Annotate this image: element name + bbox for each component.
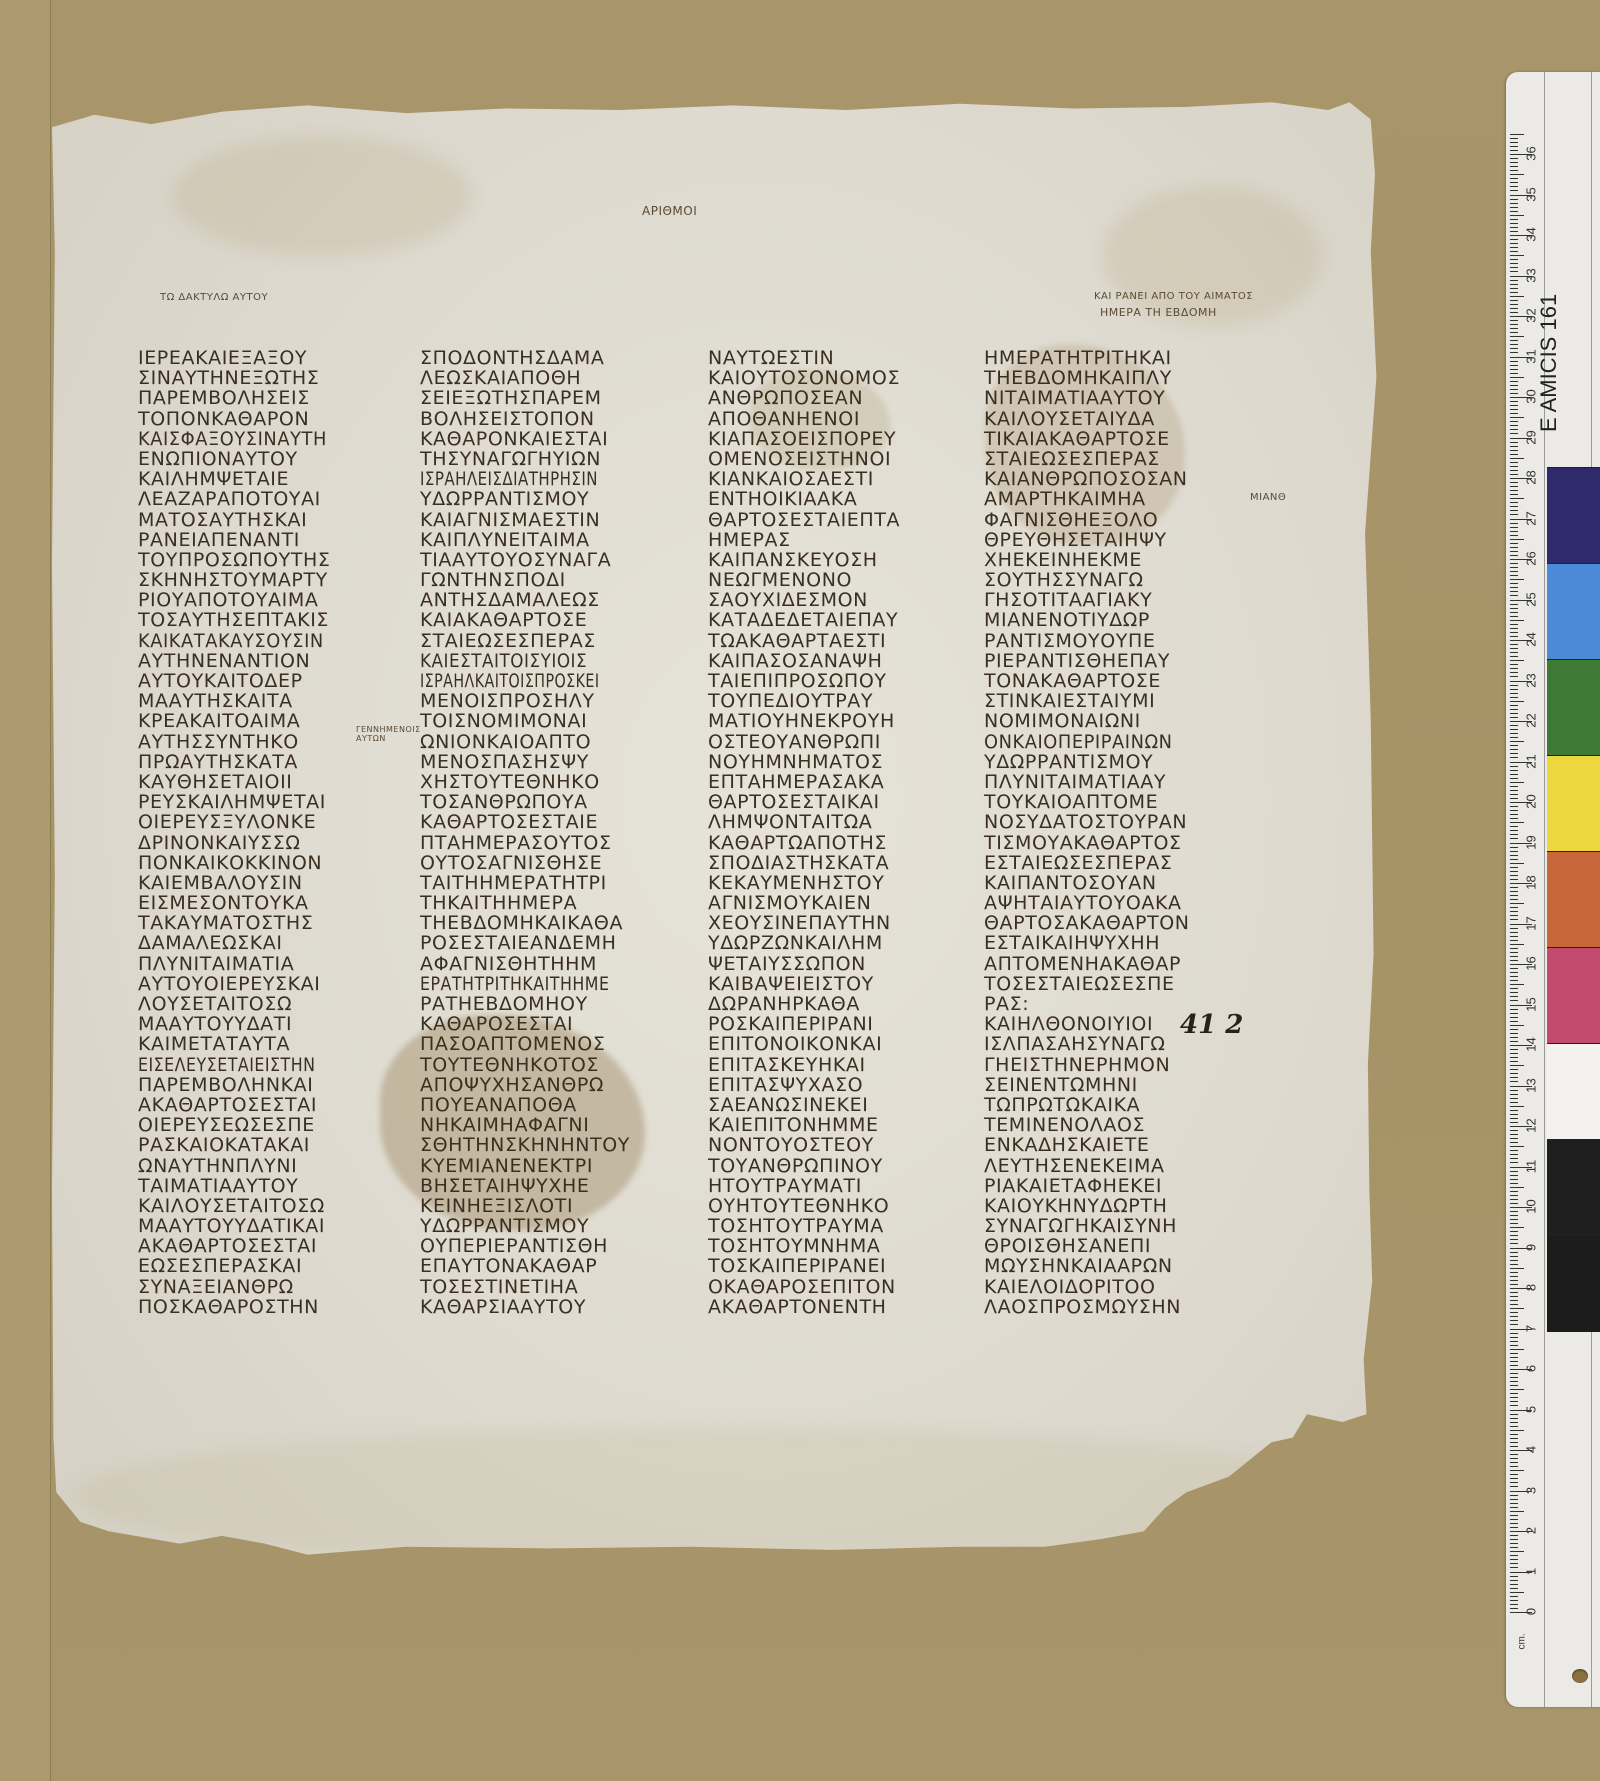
manuscript-line: ΘΡΕΥΘΗΣΕΤΑΙΗΨΥ — [984, 530, 1234, 550]
manuscript-line: ΕΠΙΤΟΝΟΙΚΟΝΚΑΙ — [708, 1034, 958, 1054]
ruler-tick — [1510, 899, 1518, 900]
manuscript-line: ΟΚΑΘΑΡΟΣΕΠΙΤΟΝ — [708, 1277, 958, 1297]
ruler-tick — [1510, 429, 1518, 430]
ruler-tick — [1510, 146, 1518, 147]
ruler-tick — [1510, 547, 1518, 548]
manuscript-line: ΧΗΕΚΕΙΝΗΕΚΜΕ — [984, 550, 1234, 570]
ruler-tick — [1510, 413, 1518, 414]
color-swatch-yellow — [1547, 755, 1600, 852]
ruler-tick — [1510, 855, 1518, 856]
ruler-tick — [1510, 1227, 1524, 1228]
manuscript-line: ΛΕΩΣΚΑΙΑΠΟΘΗ — [420, 368, 670, 388]
manuscript-line: ΒΟΛΗΣΕΙΣΤΟΠΟΝ — [420, 409, 670, 429]
ruler-tick — [1510, 992, 1518, 993]
manuscript-line: ΠΑΣΟΑΠΤΟΜΕΝΟΣ — [420, 1034, 670, 1054]
manuscript-line: ΚΑΙΠΛΥΝΕΙΤΑΙΜΑ — [420, 530, 670, 550]
ruler-tick — [1510, 1462, 1518, 1463]
manuscript-line: ΤΗΚΑΙΤΗΗΜΕΡΑ — [420, 893, 670, 913]
ruler-tick — [1510, 1418, 1518, 1419]
manuscript-line: ΚΕΙΝΗΕΞΙΣΛΟΤΙ — [420, 1196, 670, 1216]
ruler-tick — [1510, 1547, 1518, 1548]
manuscript-line: ΚΑΙΟΥΚΗΝΥΔΩΡΤΗ — [984, 1196, 1234, 1216]
manuscript-line: ΛΑΟΣΠΡΟΣΜΩΥΣΗΝ — [984, 1297, 1234, 1317]
ruler-tick — [1510, 1175, 1518, 1176]
ruler-tick — [1510, 1272, 1518, 1273]
ruler-tick — [1510, 142, 1518, 143]
ruler-tick — [1510, 470, 1518, 471]
ruler-tick — [1510, 1397, 1518, 1398]
ruler-tick — [1510, 417, 1524, 418]
manuscript-line: ΘΡΟΙΣΘΗΣΑΝΕΠΙ — [984, 1236, 1234, 1256]
ruler-tick — [1510, 988, 1518, 989]
ruler-tick — [1510, 527, 1518, 528]
ruler-tick — [1510, 1353, 1518, 1354]
ruler-cm-number: 2 — [1524, 1521, 1539, 1541]
ruler-cm-number: 13 — [1524, 1075, 1539, 1095]
manuscript-line: ΤΟΣΗΤΟΥΜΝΗΜΑ — [708, 1236, 958, 1256]
ruler-cm-number: 6 — [1524, 1359, 1539, 1379]
ruler-tick — [1510, 830, 1518, 831]
manuscript-line: ΤΙΣΜΟΥΑΚΑΘΑΡΤΟΣ — [984, 833, 1234, 853]
manuscript-line: ΚΕΚΑΥΜΕΝΗΣΤΟΥ — [708, 873, 958, 893]
manuscript-line: ΑΝΤΗΣΔΑΜΑΛΕΩΣ — [420, 590, 670, 610]
ruler-tick — [1510, 1470, 1524, 1471]
ruler-tick — [1510, 219, 1518, 220]
ruler-tick — [1510, 826, 1518, 827]
manuscript-line: ΚΑΙΜΕΤΑΤΑΥΤΑ — [138, 1034, 388, 1054]
manuscript-line: ΗΤΟΥΤΡΑΥΜΑΤΙ — [708, 1176, 958, 1196]
ruler-cm-number: 18 — [1524, 873, 1539, 893]
ruler-tick — [1510, 393, 1518, 394]
ruler-tick — [1510, 656, 1518, 657]
ruler-tick — [1510, 636, 1518, 637]
ruler-tick — [1510, 1426, 1518, 1427]
ruler-tick — [1510, 757, 1518, 758]
ruler-tick — [1510, 340, 1518, 341]
ruler-cm-number: 29 — [1524, 427, 1539, 447]
ruler-tick — [1510, 1013, 1518, 1014]
ruler-tick — [1510, 555, 1518, 556]
ruler-tick — [1510, 668, 1518, 669]
manuscript-line: ΚΑΙΑΓΝΙΣΜΑΕΣΤΙΝ — [420, 510, 670, 530]
ruler-tick — [1510, 741, 1524, 742]
ruler-tick — [1510, 1511, 1524, 1512]
ruler-tick — [1510, 190, 1518, 191]
ruler-tick — [1510, 1041, 1518, 1042]
ruler-tick — [1510, 182, 1518, 183]
ruler-tick — [1510, 1017, 1518, 1018]
ruler-tick — [1510, 259, 1518, 260]
ruler-tick — [1510, 806, 1518, 807]
ruler-tick — [1510, 1110, 1518, 1111]
ruler-tick — [1510, 1596, 1518, 1597]
ruler-tick — [1510, 1138, 1518, 1139]
ruler-tick — [1510, 300, 1518, 301]
ruler-tick — [1510, 713, 1518, 714]
ruler-tick — [1510, 454, 1518, 455]
ruler-tick — [1510, 895, 1518, 896]
manuscript-line: ΚΑΙΠΑΣΟΣΑΝΑΨΗ — [708, 651, 958, 671]
ruler-tick — [1510, 859, 1518, 860]
ruler-tick — [1510, 1300, 1518, 1301]
ruler-tick — [1510, 571, 1518, 572]
ruler-tick — [1510, 369, 1518, 370]
ruler-tick — [1510, 1503, 1518, 1504]
ruler-tick — [1510, 158, 1518, 159]
ruler-tick — [1510, 150, 1518, 151]
ruler-tick — [1510, 798, 1518, 799]
ruler-tick — [1510, 818, 1518, 819]
manuscript-line: ΚΑΙΟΥΤΟΣΟΝΟΜΟΣ — [708, 368, 958, 388]
ruler-tick — [1510, 1061, 1518, 1062]
manuscript-line: ΑΥΤΟΥΟΙΕΡΕΥΣΚΑΙ — [138, 974, 388, 994]
ruler-tick — [1510, 664, 1518, 665]
ruler-tick — [1510, 1316, 1518, 1317]
ruler-tick — [1510, 871, 1518, 872]
manuscript-line: ΣΑΕΑΝΩΣΙΝΕΚΕΙ — [708, 1095, 958, 1115]
ruler-tick — [1510, 267, 1518, 268]
ruler-tick — [1510, 1551, 1524, 1552]
manuscript-line: ΜΑΤΟΣΑΥΤΗΣΚΑΙ — [138, 510, 388, 530]
manuscript-line: ΑΨΗΤΑΙΑΥΤΟΥΟΑΚΑ — [984, 893, 1234, 913]
manuscript-line: ΘΑΡΤΟΣΕΣΤΑΙΚΑΙ — [708, 792, 958, 812]
ruler-tick — [1510, 1077, 1518, 1078]
ruler-tick — [1510, 425, 1518, 426]
manuscript-line: ΤΟΣΗΤΟΥΤΡΑΥΜΑ — [708, 1216, 958, 1236]
ruler-tick — [1510, 377, 1524, 378]
ruler-tick — [1510, 1146, 1524, 1147]
ruler-tick — [1510, 944, 1524, 945]
ruler-tick — [1510, 1130, 1518, 1131]
manuscript-line: ΑΚΑΘΑΡΤΟΝΕΝΤΗ — [708, 1297, 958, 1317]
ruler-tick — [1510, 539, 1524, 540]
ruler-tick — [1510, 1430, 1524, 1431]
manuscript-line: ΔΑΜΑΛΕΩΣΚΑΙ — [138, 933, 388, 953]
ruler-tick — [1510, 875, 1518, 876]
manuscript-line: ΚΑΙΠΑΝΤΟΣΟΥΑΝ — [984, 873, 1234, 893]
ruler-tick — [1510, 575, 1518, 576]
ruler-tick — [1510, 1608, 1518, 1609]
ruler-tick — [1510, 1296, 1518, 1297]
ruler-tick — [1510, 1507, 1518, 1508]
text-column-3: ΝΑΥΤΩΕΣΤΙΝΚΑΙΟΥΤΟΣΟΝΟΜΟΣΑΝΘΡΩΠΟΣΕΑΝΑΠΟΘΑ… — [708, 348, 958, 1317]
manuscript-line: ΟΜΕΝΟΣΕΙΣΤΗΝΟΙ — [708, 449, 958, 469]
ruler-tick — [1510, 624, 1518, 625]
ruler-tick — [1510, 1389, 1524, 1390]
manuscript-line: ΕΣΤΑΙΚΑΙΗΨΥΧΗΗ — [984, 933, 1234, 953]
manuscript-line: ΤΟΙΣΝΟΜΙΜΟΝΑΙ — [420, 711, 670, 731]
ruler-tick — [1510, 810, 1518, 811]
ruler-tick — [1510, 814, 1518, 815]
manuscript-line: ΟΥΤΟΣΑΓΝΙΣΘΗΣΕ — [420, 853, 670, 873]
ruler-tick — [1510, 535, 1518, 536]
manuscript-line: ΤΙΚΑΙΑΚΑΘΑΡΤΟΣΕ — [984, 429, 1234, 449]
ruler-tick — [1510, 1341, 1518, 1342]
manuscript-line: ΚΙΑΝΚΑΙΟΣΑΕΣΤΙ — [708, 469, 958, 489]
ruler-cm-number: 21 — [1524, 751, 1539, 771]
ruler-tick — [1510, 608, 1518, 609]
ruler-tick — [1510, 705, 1518, 706]
ruler-tick — [1510, 1385, 1518, 1386]
manuscript-line: ΕΠΙΤΑΣΨΥΧΑΣΟ — [708, 1075, 958, 1095]
ruler-tick — [1510, 676, 1518, 677]
ruler-tick — [1510, 1349, 1524, 1350]
manuscript-line: ΤΑΙΤΗΗΜΕΡΑΤΗΤΡΙ — [420, 873, 670, 893]
manuscript-line: ΟΥΠΕΡΙΕΡΑΝΤΙΣΘΗ — [420, 1236, 670, 1256]
ruler-cm-number: 14 — [1524, 1035, 1539, 1055]
manuscript-line: ΚΑΙΛΗΜΨΕΤΑΙΕ — [138, 469, 388, 489]
manuscript-line: ΤΗΣΥΝΑΓΩΓΗΥΙΩΝ — [420, 449, 670, 469]
ruler-cm-number: 10 — [1524, 1197, 1539, 1217]
ruler-tick — [1510, 786, 1518, 787]
manuscript-line: ΡΟΣΚΑΙΠΕΡΙΡΑΝΙ — [708, 1014, 958, 1034]
ruler-tick — [1510, 138, 1518, 139]
manuscript-line: ΣΤΙΝΚΑΙΕΣΤΑΙΥΜΙ — [984, 691, 1234, 711]
ruler-cm-number: 7 — [1524, 1318, 1539, 1338]
manuscript-line: ΣΕΙΕΞΩΤΗΣΠΑΡΕΜ — [420, 388, 670, 408]
marginal-note-top-left: ΤΩ ΔΑΚΤΥΛΩ ΑΥΤΟΥ — [160, 292, 268, 303]
ruler-tick — [1510, 903, 1524, 904]
ruler-tick — [1510, 223, 1518, 224]
ruler-tick — [1510, 551, 1518, 552]
text-column-4: ΗΜΕΡΑΤΗΤΡΙΤΗΚΑΙΤΗΕΒΔΟΜΗΚΑΙΠΛΥΝΙΤΑΙΜΑΤΙΑΑ… — [984, 348, 1234, 1317]
ruler-tick — [1510, 1098, 1518, 1099]
ruler-tick — [1510, 1401, 1518, 1402]
ruler-tick — [1510, 693, 1518, 694]
measuring-ruler: E AMICIS 161 cm. 01234567891011121314151… — [1506, 72, 1600, 1707]
ruler-tick — [1510, 1162, 1518, 1163]
ruler-tick — [1510, 1523, 1518, 1524]
manuscript-line: ΧΗΣΤΟΥΤΕΘΝΗΚΟ — [420, 772, 670, 792]
manuscript-line: ΣΠΟΔΙΑΣΤΗΣΚΑΤΑ — [708, 853, 958, 873]
manuscript-line: ΣΟΥΤΗΣΣΥΝΑΓΩ — [984, 570, 1234, 590]
text-column-2: ΣΠΟΔΟΝΤΗΣΔΑΜΑΛΕΩΣΚΑΙΑΠΟΘΗΣΕΙΕΞΩΤΗΣΠΑΡΕΜΒ… — [420, 348, 670, 1317]
manuscript-line: ΣΠΟΔΟΝΤΗΣΔΑΜΑ — [420, 348, 670, 368]
manuscript-line: ΓΗΣΟΤΙΤΑΑΓΙΑΚΥ — [984, 590, 1234, 610]
ruler-tick — [1510, 162, 1518, 163]
ruler-tick — [1510, 442, 1518, 443]
ruler-tick — [1510, 389, 1518, 390]
ruler-tick — [1510, 1515, 1518, 1516]
ruler-tick — [1510, 466, 1518, 467]
ruler-tick — [1510, 344, 1518, 345]
manuscript-line: ΠΑΡΕΜΒΟΛΗΣΕΙΣ — [138, 388, 388, 408]
manuscript-line: ΣΙΝΑΥΤΗΝΕΞΩΤΗΣ — [138, 368, 388, 388]
manuscript-line: ΝΟΣΥΔΑΤΟΣΤΟΥΡΑΝ — [984, 812, 1234, 832]
color-swatch-dark-blue — [1547, 467, 1600, 564]
manuscript-line: ΤΟΥΠΡΟΣΩΠΟΥΤΗΣ — [138, 550, 388, 570]
ruler-tick — [1510, 851, 1518, 852]
manuscript-line: ΡΙΕΡΑΝΤΙΣΘΗΕΠΑΥ — [984, 651, 1234, 671]
ruler-tick — [1510, 749, 1518, 750]
ruler-cm-number: 33 — [1524, 265, 1539, 285]
ruler-tick — [1510, 1434, 1518, 1435]
manuscript-line: ΤΑΚΑΥΜΑΤΟΣΤΗΣ — [138, 913, 388, 933]
ruler-cm-number: 17 — [1524, 913, 1539, 933]
ruler-tick — [1510, 381, 1518, 382]
ruler-tick — [1510, 1057, 1518, 1058]
ruler-tick — [1510, 247, 1518, 248]
manuscript-line: ΤΟΥΠΕΔΙΟΥΤΡΑΥ — [708, 691, 958, 711]
manuscript-line: ΛΟΥΣΕΤΑΙΤΟΣΩ — [138, 994, 388, 1014]
ruler-tick — [1510, 660, 1524, 661]
ruler-cm-number: 26 — [1524, 549, 1539, 569]
manuscript-line: ΕΠΤΑΗΜΕΡΑΣΑΚΑ — [708, 772, 958, 792]
ruler-tick — [1510, 616, 1518, 617]
ruler-tick — [1510, 421, 1518, 422]
manuscript-line: ΕΙΣΜΕΣΟΝΤΟΥΚΑ — [138, 893, 388, 913]
ruler-tick — [1510, 612, 1518, 613]
manuscript-line: ΣΑΟΥΧΙΔΕΣΜΟΝ — [708, 590, 958, 610]
manuscript-line: ΤΑΙΕΠΙΠΡΟΣΩΠΟΥ — [708, 671, 958, 691]
ruler-tick — [1510, 1203, 1518, 1204]
ruler-tick — [1510, 1069, 1518, 1070]
manuscript-line: ΚΑΙΕΠΙΤΟΝΗΜΜΕ — [708, 1115, 958, 1135]
manuscript-line: ΡΑΝΤΙΣΜΟΥΟΥΠΕ — [984, 631, 1234, 651]
ruler-tick — [1510, 446, 1518, 447]
ruler-tick — [1510, 352, 1518, 353]
ruler-tick — [1510, 1365, 1518, 1366]
ruler-cm-number: 19 — [1524, 832, 1539, 852]
ruler-tick — [1510, 320, 1518, 321]
manuscript-line: ΤΗΕΒΔΟΜΗΚΑΙΚΑΘΑ — [420, 913, 670, 933]
stain — [172, 136, 472, 256]
ruler-tick — [1510, 1280, 1518, 1281]
manuscript-line: ΚΑΤΑΔΕΔΕΤΑΙΕΠΑΥ — [708, 610, 958, 630]
ruler-tick — [1510, 774, 1518, 775]
ruler-tick — [1510, 531, 1518, 532]
ruler-tick — [1510, 514, 1518, 515]
ruler-tick — [1510, 1150, 1518, 1151]
ruler-tick — [1510, 794, 1518, 795]
ruler-tick — [1510, 1158, 1518, 1159]
ruler-cm-number: 36 — [1524, 144, 1539, 164]
ruler-tick — [1510, 1422, 1518, 1423]
ruler-tick — [1510, 239, 1518, 240]
ruler-tick — [1510, 1600, 1518, 1601]
ruler-tick — [1510, 1187, 1524, 1188]
manuscript-line: ΡΙΑΚΑΙΕΤΑΦΗΕΚΕΙ — [984, 1176, 1234, 1196]
color-swatch-green — [1547, 659, 1600, 756]
ruler-tick — [1510, 948, 1518, 949]
ruler-tick — [1510, 308, 1518, 309]
ruler-tick — [1510, 587, 1518, 588]
manuscript-line: ΝΟΝΤΟΥΟΣΤΕΟΥ — [708, 1135, 958, 1155]
ruler-tick — [1510, 1495, 1518, 1496]
manuscript-line: ΤΙΑΑΥΤΟΥΟΣΥΝΑΓΑ — [420, 550, 670, 570]
ruler-tick — [1510, 1235, 1518, 1236]
ruler-cm-number: 27 — [1524, 508, 1539, 528]
ruler-cm-number: 9 — [1524, 1237, 1539, 1257]
ruler-tick — [1510, 1539, 1518, 1540]
ruler-tick — [1510, 458, 1524, 459]
ruler-tick — [1510, 186, 1518, 187]
ruler-tick — [1510, 401, 1518, 402]
ruler-tick — [1510, 911, 1518, 912]
ruler-tick — [1510, 409, 1518, 410]
manuscript-line: ΕΙΣΕΛΕΥΣΕΤΑΙΕΙΣΤΗΝ — [138, 1055, 346, 1075]
ruler-tick — [1510, 215, 1524, 216]
ruler-tick — [1510, 717, 1518, 718]
manuscript-line: ΚΑΙΛΟΥΣΕΤΑΙΤΟΣΩ — [138, 1196, 388, 1216]
manuscript-line: ΓΗΕΙΣΤΗΝΕΡΗΜΟΝ — [984, 1055, 1234, 1075]
manuscript-line: ΙΣΡΑΗΛΕΙΣΔΙΑΤΗΡΗΣΙΝ — [420, 469, 617, 489]
ruler-tick — [1510, 1499, 1518, 1500]
ruler-tick — [1510, 1563, 1518, 1564]
manuscript-line: ΤΟΥΑΝΘΡΩΠΙΝΟΥ — [708, 1156, 958, 1176]
ruler-tick — [1510, 891, 1518, 892]
manuscript-line: ΥΔΩΡΖΩΝΚΑΙΛΗΜ — [708, 933, 958, 953]
ruler-cm-number: 30 — [1524, 387, 1539, 407]
ruler-hole — [1572, 1669, 1588, 1683]
manuscript-line: ΚΙΑΠΑΣΟΕΙΣΠΟΡΕΥ — [708, 429, 958, 449]
manuscript-line: ΑΦΑΓΝΙΣΘΗΤΗΗΜ — [420, 954, 670, 974]
manuscript-line: ΡΑΝΕΙΑΠΕΝΑΝΤΙ — [138, 530, 388, 550]
ruler-tick — [1510, 863, 1524, 864]
ruler-tick — [1510, 1081, 1518, 1082]
ruler-tick — [1510, 1357, 1518, 1358]
ruler-tick — [1510, 361, 1518, 362]
manuscript-line: ΚΑΙΣΦΑΞΟΥΣΙΝΑΥΤΗ — [138, 429, 372, 449]
manuscript-line: ΑΝΘΡΩΠΟΣΕΑΝ — [708, 388, 958, 408]
ruler-tick — [1510, 976, 1518, 977]
ruler-cm-number: 15 — [1524, 994, 1539, 1014]
ruler-tick — [1510, 689, 1518, 690]
manuscript-line: ΠΟΥΕΑΝΑΠΟΘΑ — [420, 1095, 670, 1115]
manuscript-line: ΚΑΙΕΛΟΙΔΟΡΙΤΟΟ — [984, 1277, 1234, 1297]
ruler-tick — [1510, 1446, 1518, 1447]
ruler-unit-label: cm. — [1517, 1633, 1528, 1649]
ruler-tick — [1510, 915, 1518, 916]
ruler-tick — [1510, 1239, 1518, 1240]
manuscript-line: ΜΑΑΥΤΟΥΥΔΑΤΙΚΑΙ — [138, 1216, 388, 1236]
ruler-tick — [1510, 243, 1518, 244]
ruler-tick — [1510, 1454, 1518, 1455]
ruler-tick — [1510, 591, 1518, 592]
manuscript-line: ΚΑΙΗΛΘΟΝΟΙΥΙΟΙ — [984, 1014, 1234, 1034]
ruler-tick — [1510, 1381, 1518, 1382]
ruler-tick — [1510, 1142, 1518, 1143]
ruler-tick — [1510, 1094, 1518, 1095]
manuscript-line: ΤΟΥΤΕΘΝΗΚΟΤΟΣ — [420, 1055, 670, 1075]
manuscript-line: ΣΥΝΑΓΩΓΗΚΑΙΣΥΝΗ — [984, 1216, 1234, 1236]
ruler-tick — [1510, 373, 1518, 374]
ruler-tick — [1510, 1474, 1518, 1475]
ruler-tick — [1510, 1276, 1518, 1277]
ruler-tick — [1510, 1308, 1524, 1309]
ruler-tick — [1510, 255, 1524, 256]
manuscript-line: ΩΝΑΥΤΗΝΠΛΥΝΙ — [138, 1156, 388, 1176]
ruler-tick — [1510, 494, 1518, 495]
ruler-tick — [1510, 1588, 1518, 1589]
manuscript-line: ΕΠΙΤΑΣΚΕΥΗΚΑΙ — [708, 1055, 958, 1075]
ruler-cm-number: 22 — [1524, 711, 1539, 731]
manuscript-line: ΗΜΕΡΑΣ — [708, 530, 958, 550]
manuscript-line: ΣΥΝΑΞΕΙΑΝΘΡΩ — [138, 1277, 388, 1297]
manuscript-line: ΤΗΕΒΔΟΜΗΚΑΙΠΛΥ — [984, 368, 1234, 388]
backing-board-left — [0, 0, 51, 1781]
manuscript-line: ΚΥΕΜΙΑΝΕΝΕΚΤΡΙ — [420, 1156, 670, 1176]
manuscript-line: ΜΑΑΥΤΟΥΥΔΑΤΙ — [138, 1014, 388, 1034]
manuscript-line: ΝΟΜΙΜΟΝΑΙΩΝΙ — [984, 711, 1234, 731]
ruler-tick — [1510, 498, 1524, 499]
manuscript-line: ΚΑΥΘΗΣΕΤΑΙΟΙΙ — [138, 772, 388, 792]
ruler-tick — [1510, 207, 1518, 208]
manuscript-line: ΤΩΠΡΩΤΩΚΑΙΚΑ — [984, 1095, 1234, 1115]
ruler-tick — [1510, 648, 1518, 649]
ruler-cm-number: 20 — [1524, 792, 1539, 812]
ruler-tick — [1510, 482, 1518, 483]
